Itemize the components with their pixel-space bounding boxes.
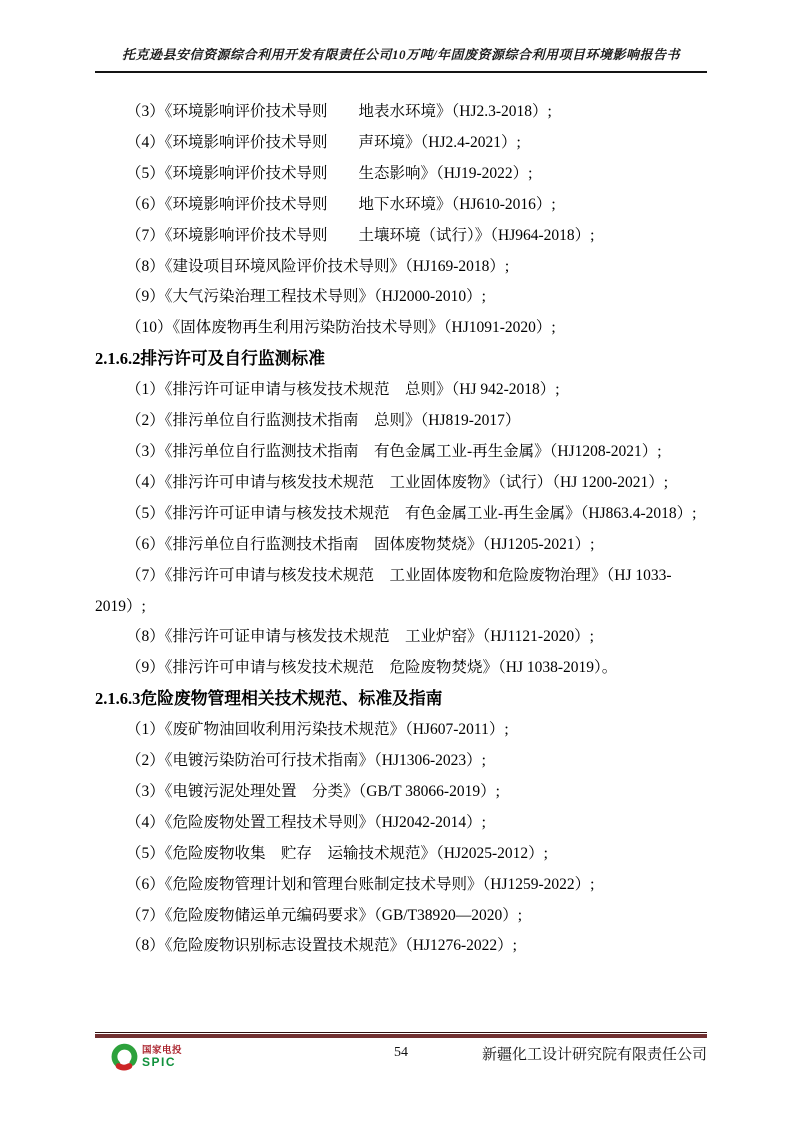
list-item: （6）《排污单位自行监测技术指南 固体废物焚烧》（HJ1205-2021）; (95, 530, 707, 561)
list-item: （4）《危险废物处置工程技术导则》（HJ2042-2014）; (95, 808, 707, 839)
list-item: （9）《大气污染治理工程技术导则》（HJ2000-2010）; (95, 282, 707, 313)
list-item: （4）《环境影响评价技术导则 声环境》（HJ2.4-2021）; (95, 128, 707, 159)
document-header-title: 托克逊县安信资源综合利用开发有限责任公司10万吨/年固废资源综合利用项目环境影响… (95, 44, 707, 63)
list-item: （7）《环境影响评价技术导则 土壤环境（试行）》（HJ964-2018）; (95, 221, 707, 252)
list-item: （1）《废矿物油回收利用污染技术规范》（HJ607-2011）; (95, 715, 707, 746)
page-number: 54 (95, 1045, 707, 1061)
footer-divider (95, 1032, 707, 1038)
list-item: （5）《危险废物收集 贮存 运输技术规范》（HJ2025-2012）; (95, 839, 707, 870)
section-number: 2.1.6.3 (95, 689, 140, 708)
section-number: 2.1.6.2 (95, 349, 140, 368)
list-item: （8）《危险废物识别标志设置技术规范》（HJ1276-2022）; (95, 931, 707, 962)
list-item: （9）《排污许可申请与核发技术规范 危险废物焚烧》（HJ 1038-2019）。 (95, 653, 707, 684)
list-item: （10）《固体废物再生利用污染防治技术导则》（HJ1091-2020）; (95, 313, 707, 344)
page-footer: 国家电投 SPIC 54 新疆化工设计研究院有限责任公司 (95, 1032, 707, 1078)
section-heading: 2.1.6.3危险废物管理相关技术规范、标准及指南 (95, 684, 707, 715)
list-item: （2）《电镀污染防治可行技术指南》（HJ1306-2023）; (95, 746, 707, 777)
list-item: （7）《排污许可申请与核发技术规范 工业固体废物和危险废物治理》（HJ 1033… (95, 561, 707, 623)
list-item: （3）《电镀污泥处理处置 分类》（GB/T 38066-2019）; (95, 777, 707, 808)
document-body: （3）《环境影响评价技术导则 地表水环境》（HJ2.3-2018）; （4）《环… (95, 97, 707, 962)
page-header: 托克逊县安信资源综合利用开发有限责任公司10万吨/年固废资源综合利用项目环境影响… (95, 44, 707, 73)
footer-row: 国家电投 SPIC 54 新疆化工设计研究院有限责任公司 (95, 1042, 707, 1078)
section-heading: 2.1.6.2排污许可及自行监测标准 (95, 344, 707, 375)
list-item: （7）《危险废物储运单元编码要求》（GB/T38920—2020）; (95, 901, 707, 932)
list-item: （8）《排污许可证申请与核发技术规范 工业炉窑》（HJ1121-2020）; (95, 622, 707, 653)
list-item: （8）《建设项目环境风险评价技术导则》（HJ169-2018）; (95, 252, 707, 283)
section-title: 排污许可及自行监测标准 (140, 349, 325, 368)
list-item: （5）《排污许可证申请与核发技术规范 有色金属工业-再生金属》（HJ863.4-… (95, 499, 707, 530)
list-item: （6）《环境影响评价技术导则 地下水环境》（HJ610-2016）; (95, 190, 707, 221)
list-item: （3）《环境影响评价技术导则 地表水环境》（HJ2.3-2018）; (95, 97, 707, 128)
document-page: 托克逊县安信资源综合利用开发有限责任公司10万吨/年固废资源综合利用项目环境影响… (0, 0, 793, 1122)
list-item: （2）《排污单位自行监测技术指南 总则》（HJ819-2017） (95, 406, 707, 437)
list-item: （4）《排污许可申请与核发技术规范 工业固体废物》（试行）（HJ 1200-20… (95, 468, 707, 499)
list-item: （5）《环境影响评价技术导则 生态影响》（HJ19-2022）; (95, 159, 707, 190)
section-title: 危险废物管理相关技术规范、标准及指南 (140, 689, 442, 708)
list-item: （3）《排污单位自行监测技术指南 有色金属工业-再生金属》（HJ1208-202… (95, 437, 707, 468)
list-item: （6）《危险废物管理计划和管理台账制定技术导则》（HJ1259-2022）; (95, 870, 707, 901)
list-item: （1）《排污许可证申请与核发技术规范 总则》（HJ 942-2018）; (95, 375, 707, 406)
